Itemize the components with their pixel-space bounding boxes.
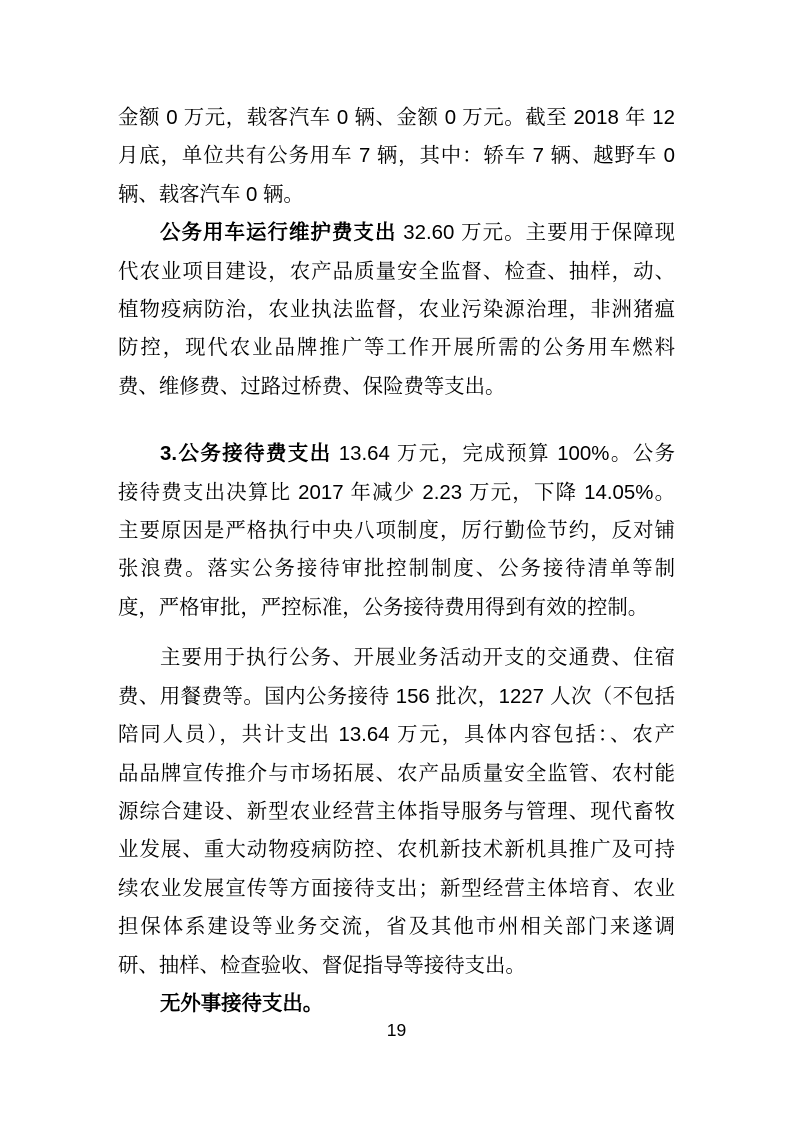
text-run: 费、维修费、过路过桥费、保险费等支出。	[118, 376, 505, 398]
text-run: 月底，单位共有公务用车 7 辆，其中：轿车 7 辆、越野车 0	[118, 145, 675, 167]
text-run: 源综合建设、新型农业经营主体指导服务与管理、现代畜牧	[118, 801, 675, 823]
text-line: 度，严格审批，严控标准，公务接待费用得到有效的控制。	[118, 589, 675, 627]
bold-text-run: 无外事接待支出。	[160, 993, 323, 1015]
vehicle-count-paragraph: 金额 0 万元，载客汽车 0 辆、金额 0 万元。截至 2018 年 12月底，…	[118, 99, 675, 214]
text-line: 代农业项目建设，农产品质量安全监督、检查、抽样，动、	[118, 253, 675, 291]
page-number: 19	[387, 1020, 406, 1040]
text-line: 3.公务接待费支出 13.64 万元，完成预算 100%。公务	[118, 435, 675, 473]
text-line: 植物疫病防治，农业执法监督，农业污染源治理，非洲猪瘟	[118, 291, 675, 329]
text-run: 张浪费。落实公务接待审批控制制度、公务接待清单等制	[118, 558, 675, 580]
no-foreign-reception-paragraph: 无外事接待支出。	[118, 985, 675, 1023]
text-run: 度，严格审批，严控标准，公务接待费用得到有效的控制。	[118, 597, 648, 619]
text-line: 费、用餐费等。国内公务接待 156 批次，1227 人次（不包括	[118, 678, 675, 716]
text-line: 业发展、重大动物疫病防控、农机新技术新机具推广及可持	[118, 831, 675, 869]
text-run: 32.60 万元。主要用于保障现	[397, 222, 675, 244]
text-line: 接待费支出决算比 2017 年减少 2.23 万元，下降 14.05%。	[118, 474, 675, 512]
text-run: 陪同人员），共计支出 13.64 万元，具体内容包括：、农产	[118, 724, 675, 746]
text-run: 金额 0 万元，载客汽车 0 辆、金额 0 万元。截至 2018 年 12	[118, 107, 675, 129]
text-line: 源综合建设、新型农业经营主体指导服务与管理、现代畜牧	[118, 793, 675, 831]
text-run: 业发展、重大动物疫病防控、农机新技术新机具推广及可持	[118, 839, 675, 861]
official-reception-paragraph: 3.公务接待费支出 13.64 万元，完成预算 100%。公务接待费支出决算比 …	[118, 435, 675, 627]
text-line: 品品牌宣传推介与市场拓展、农产品质量安全监管、农村能	[118, 755, 675, 793]
text-run: 主要原因是严格执行中央八项制度，厉行勤俭节约，反对铺	[118, 520, 675, 542]
text-run: 13.64 万元，完成预算 100%。公务	[332, 443, 675, 465]
vehicle-maintenance-paragraph: 公务用车运行维护费支出 32.60 万元。主要用于保障现代农业项目建设，农产品质…	[118, 214, 675, 406]
text-run: 植物疫病防治，农业执法监督，农业污染源治理，非洲猪瘟	[118, 299, 675, 321]
text-run: 担保体系建设等业务交流，省及其他市州相关部门来遂调	[118, 916, 675, 938]
text-line: 金额 0 万元，载客汽车 0 辆、金额 0 万元。截至 2018 年 12	[118, 99, 675, 137]
document-page: 金额 0 万元，载客汽车 0 辆、金额 0 万元。截至 2018 年 12月底，…	[0, 0, 793, 1122]
text-line: 公务用车运行维护费支出 32.60 万元。主要用于保障现	[118, 214, 675, 252]
text-run: 品品牌宣传推介与市场拓展、农产品质量安全监管、农村能	[118, 763, 675, 785]
text-run: 研、抽样、检查验收、督促指导等接待支出。	[118, 955, 526, 977]
reception-detail-paragraph: 主要用于执行公务、开展业务活动开支的交通费、住宿费、用餐费等。国内公务接待 15…	[118, 639, 675, 985]
page-body: 金额 0 万元，载客汽车 0 辆、金额 0 万元。截至 2018 年 12月底，…	[118, 99, 675, 1023]
text-line: 担保体系建设等业务交流，省及其他市州相关部门来遂调	[118, 908, 675, 946]
text-line: 月底，单位共有公务用车 7 辆，其中：轿车 7 辆、越野车 0	[118, 137, 675, 175]
text-line: 无外事接待支出。	[118, 985, 675, 1023]
text-line: 续农业发展宣传等方面接待支出；新型经营主体培育、农业	[118, 870, 675, 908]
text-run: 续农业发展宣传等方面接待支出；新型经营主体培育、农业	[118, 878, 675, 900]
text-line: 主要原因是严格执行中央八项制度，厉行勤俭节约，反对铺	[118, 512, 675, 550]
text-line: 主要用于执行公务、开展业务活动开支的交通费、住宿	[118, 639, 675, 677]
text-line: 张浪费。落实公务接待审批控制制度、公务接待清单等制	[118, 550, 675, 588]
text-line: 费、维修费、过路过桥费、保险费等支出。	[118, 368, 675, 406]
text-run: 辆、载客汽车 0 辆。	[118, 184, 304, 206]
text-run: 接待费支出决算比 2017 年减少 2.23 万元，下降 14.05%。	[118, 482, 675, 504]
text-run: 费、用餐费等。国内公务接待 156 批次，1227 人次（不包括	[118, 686, 675, 708]
text-line: 研、抽样、检查验收、督促指导等接待支出。	[118, 947, 675, 985]
bold-text-run: 3.公务接待费支出	[160, 443, 332, 465]
text-line: 陪同人员），共计支出 13.64 万元，具体内容包括：、农产	[118, 716, 675, 754]
text-run: 防控，现代农业品牌推广等工作开展所需的公务用车燃料	[118, 337, 675, 359]
text-run: 代农业项目建设，农产品质量安全监督、检查、抽样，动、	[118, 261, 675, 283]
page-footer: 19	[0, 1021, 793, 1040]
text-line: 防控，现代农业品牌推广等工作开展所需的公务用车燃料	[118, 329, 675, 367]
text-line: 辆、载客汽车 0 辆。	[118, 176, 675, 214]
bold-text-run: 公务用车运行维护费支出	[160, 222, 397, 244]
text-run: 主要用于执行公务、开展业务活动开支的交通费、住宿	[160, 647, 675, 669]
